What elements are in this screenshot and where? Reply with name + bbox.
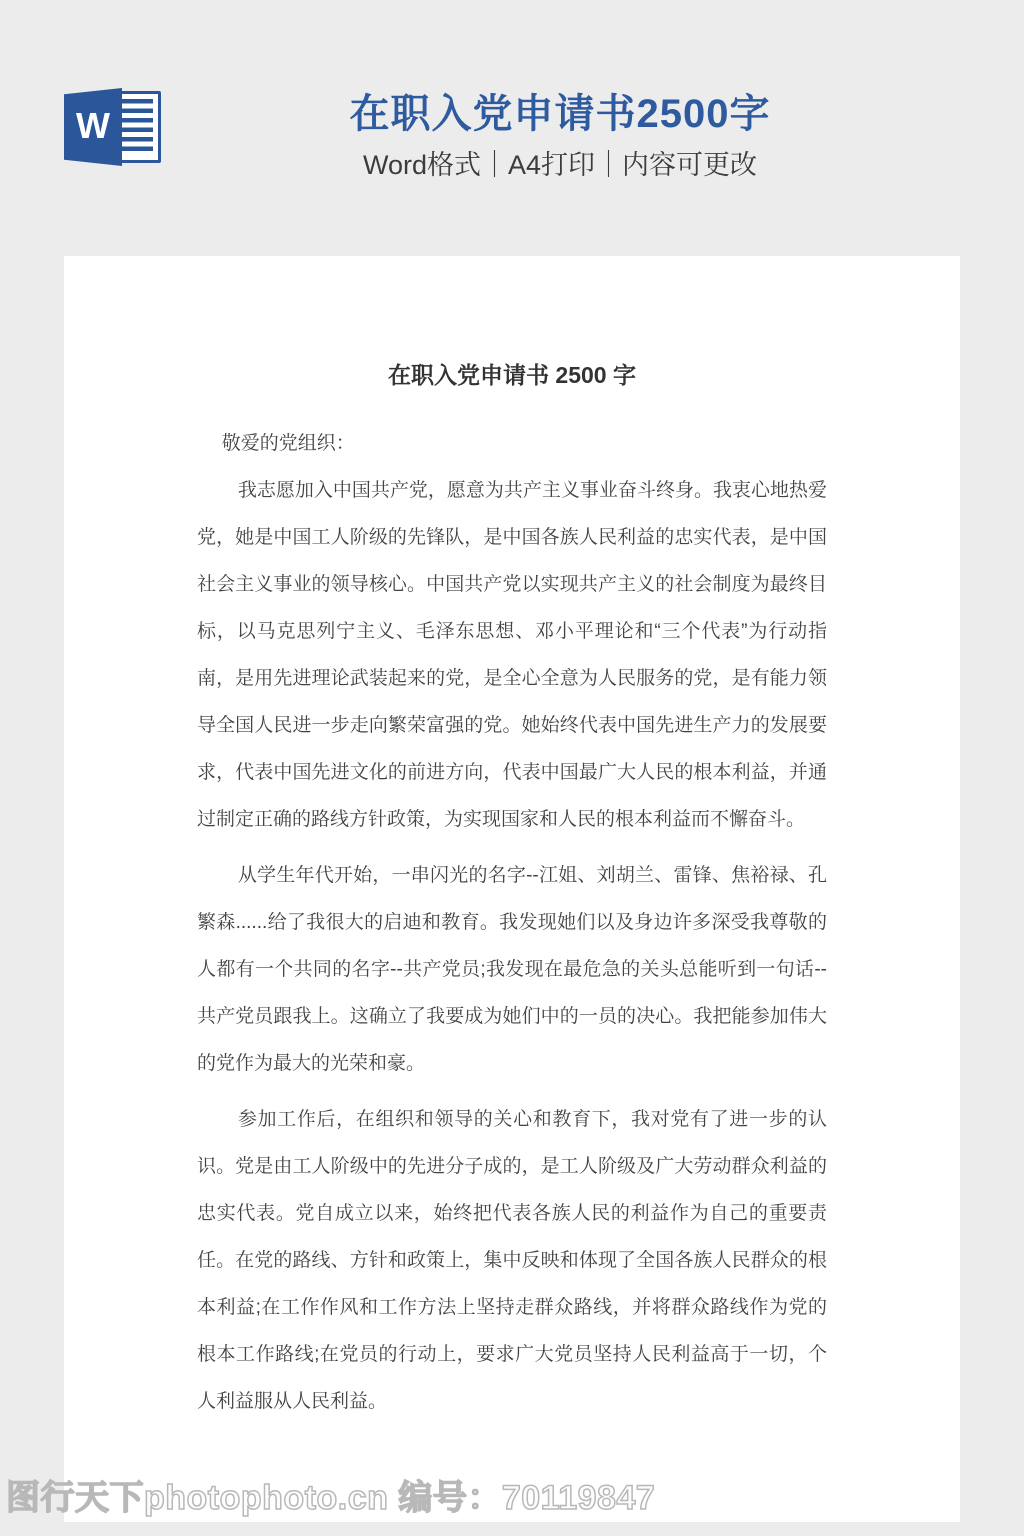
document-body: 敬爱的党组织： 我志愿加入中国共产党，愿意为共产主义事业奋斗终身。我衷心地热爱党… [197, 420, 827, 1425]
document-title: 在职入党申请书 2500 字 [197, 360, 827, 390]
template-subtitle: Word格式｜A4打印｜内容可更改 [96, 148, 1024, 182]
template-header: W 在职入党申请书2500字 Word格式｜A4打印｜内容可更改 [0, 0, 1024, 256]
salutation-line: 敬爱的党组织： [197, 420, 827, 467]
header-text-block: 在职入党申请书2500字 Word格式｜A4打印｜内容可更改 [96, 90, 1024, 182]
paragraph: 我志愿加入中国共产党，愿意为共产主义事业奋斗终身。我衷心地热爱党，她是中国工人阶… [197, 467, 827, 843]
paragraph: 参加工作后，在组织和领导的关心和教育下，我对党有了进一步的认识。党是由工人阶级中… [197, 1096, 827, 1425]
site-watermark: 图行天下photophoto.cn 编号：70119847 [6, 1478, 655, 1518]
template-title: 在职入党申请书2500字 [96, 90, 1024, 138]
paragraph: 从学生年代开始，一串闪光的名字--江姐、刘胡兰、雷锋、焦裕禄、孔繁森......… [197, 852, 827, 1087]
document-page: 在职入党申请书 2500 字 敬爱的党组织： 我志愿加入中国共产党，愿意为共产主… [64, 256, 960, 1522]
